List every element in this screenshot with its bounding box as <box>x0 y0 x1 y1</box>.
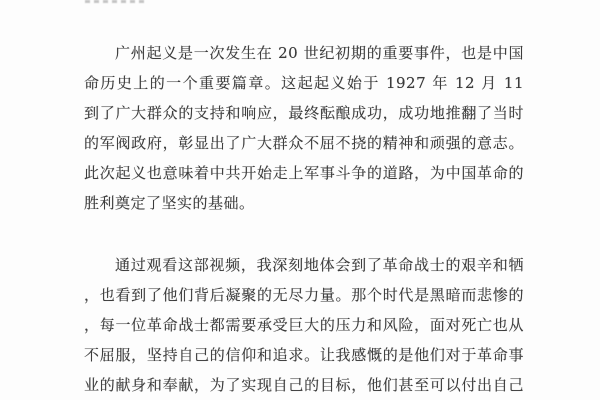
text-line: 广州起义是一次发生在 20 世纪初期的重要事件，也是中国革 <box>84 38 524 68</box>
text-line: 此次起义也意味着中共开始走上军事斗争的道路，为中国革命的 <box>84 158 524 188</box>
text-line: ，也看到了他们背后凝聚的无尽力量。那个时代是黑暗而悲惨的 <box>84 280 524 310</box>
document-page: 广州起义是一次发生在 20 世纪初期的重要事件，也是中国革 命历史上的一个重要篇… <box>0 0 600 400</box>
paragraph-personal-reflection: 通过观看这部视频，我深刻地体会到了革命战士的艰辛和牺牲 ，也看到了他们背后凝聚的… <box>84 250 524 400</box>
text-line: 的军阀政府，彰显出了广大群众不屈不挠的精神和顽强的意志。 <box>84 128 524 158</box>
text-line: ，每一位革命战士都需要承受巨大的压力和风险，面对死亡也从 <box>84 310 524 340</box>
text-line: 业的献身和奉献，为了实现自己的目标，他们甚至可以付出自己 <box>84 370 524 400</box>
text-line: 胜利奠定了坚实的基础。 <box>84 188 524 218</box>
text-line: 通过观看这部视频，我深刻地体会到了革命战士的艰辛和牺牲 <box>84 250 524 280</box>
paragraph-uprising-overview: 广州起义是一次发生在 20 世纪初期的重要事件，也是中国革 命历史上的一个重要篇… <box>84 38 524 218</box>
text-line: 到了广大群众的支持和响应，最终酝酿成功，成功地推翻了当时 <box>84 98 524 128</box>
text-line: 不屈服，坚持自己的信仰和追求。让我感慨的是他们对于革命事 <box>84 340 524 370</box>
cropped-text-fragment <box>85 0 147 3</box>
text-line: 命历史上的一个重要篇章。这起起义始于 1927 年 12 月 11 日，得 <box>84 68 524 98</box>
